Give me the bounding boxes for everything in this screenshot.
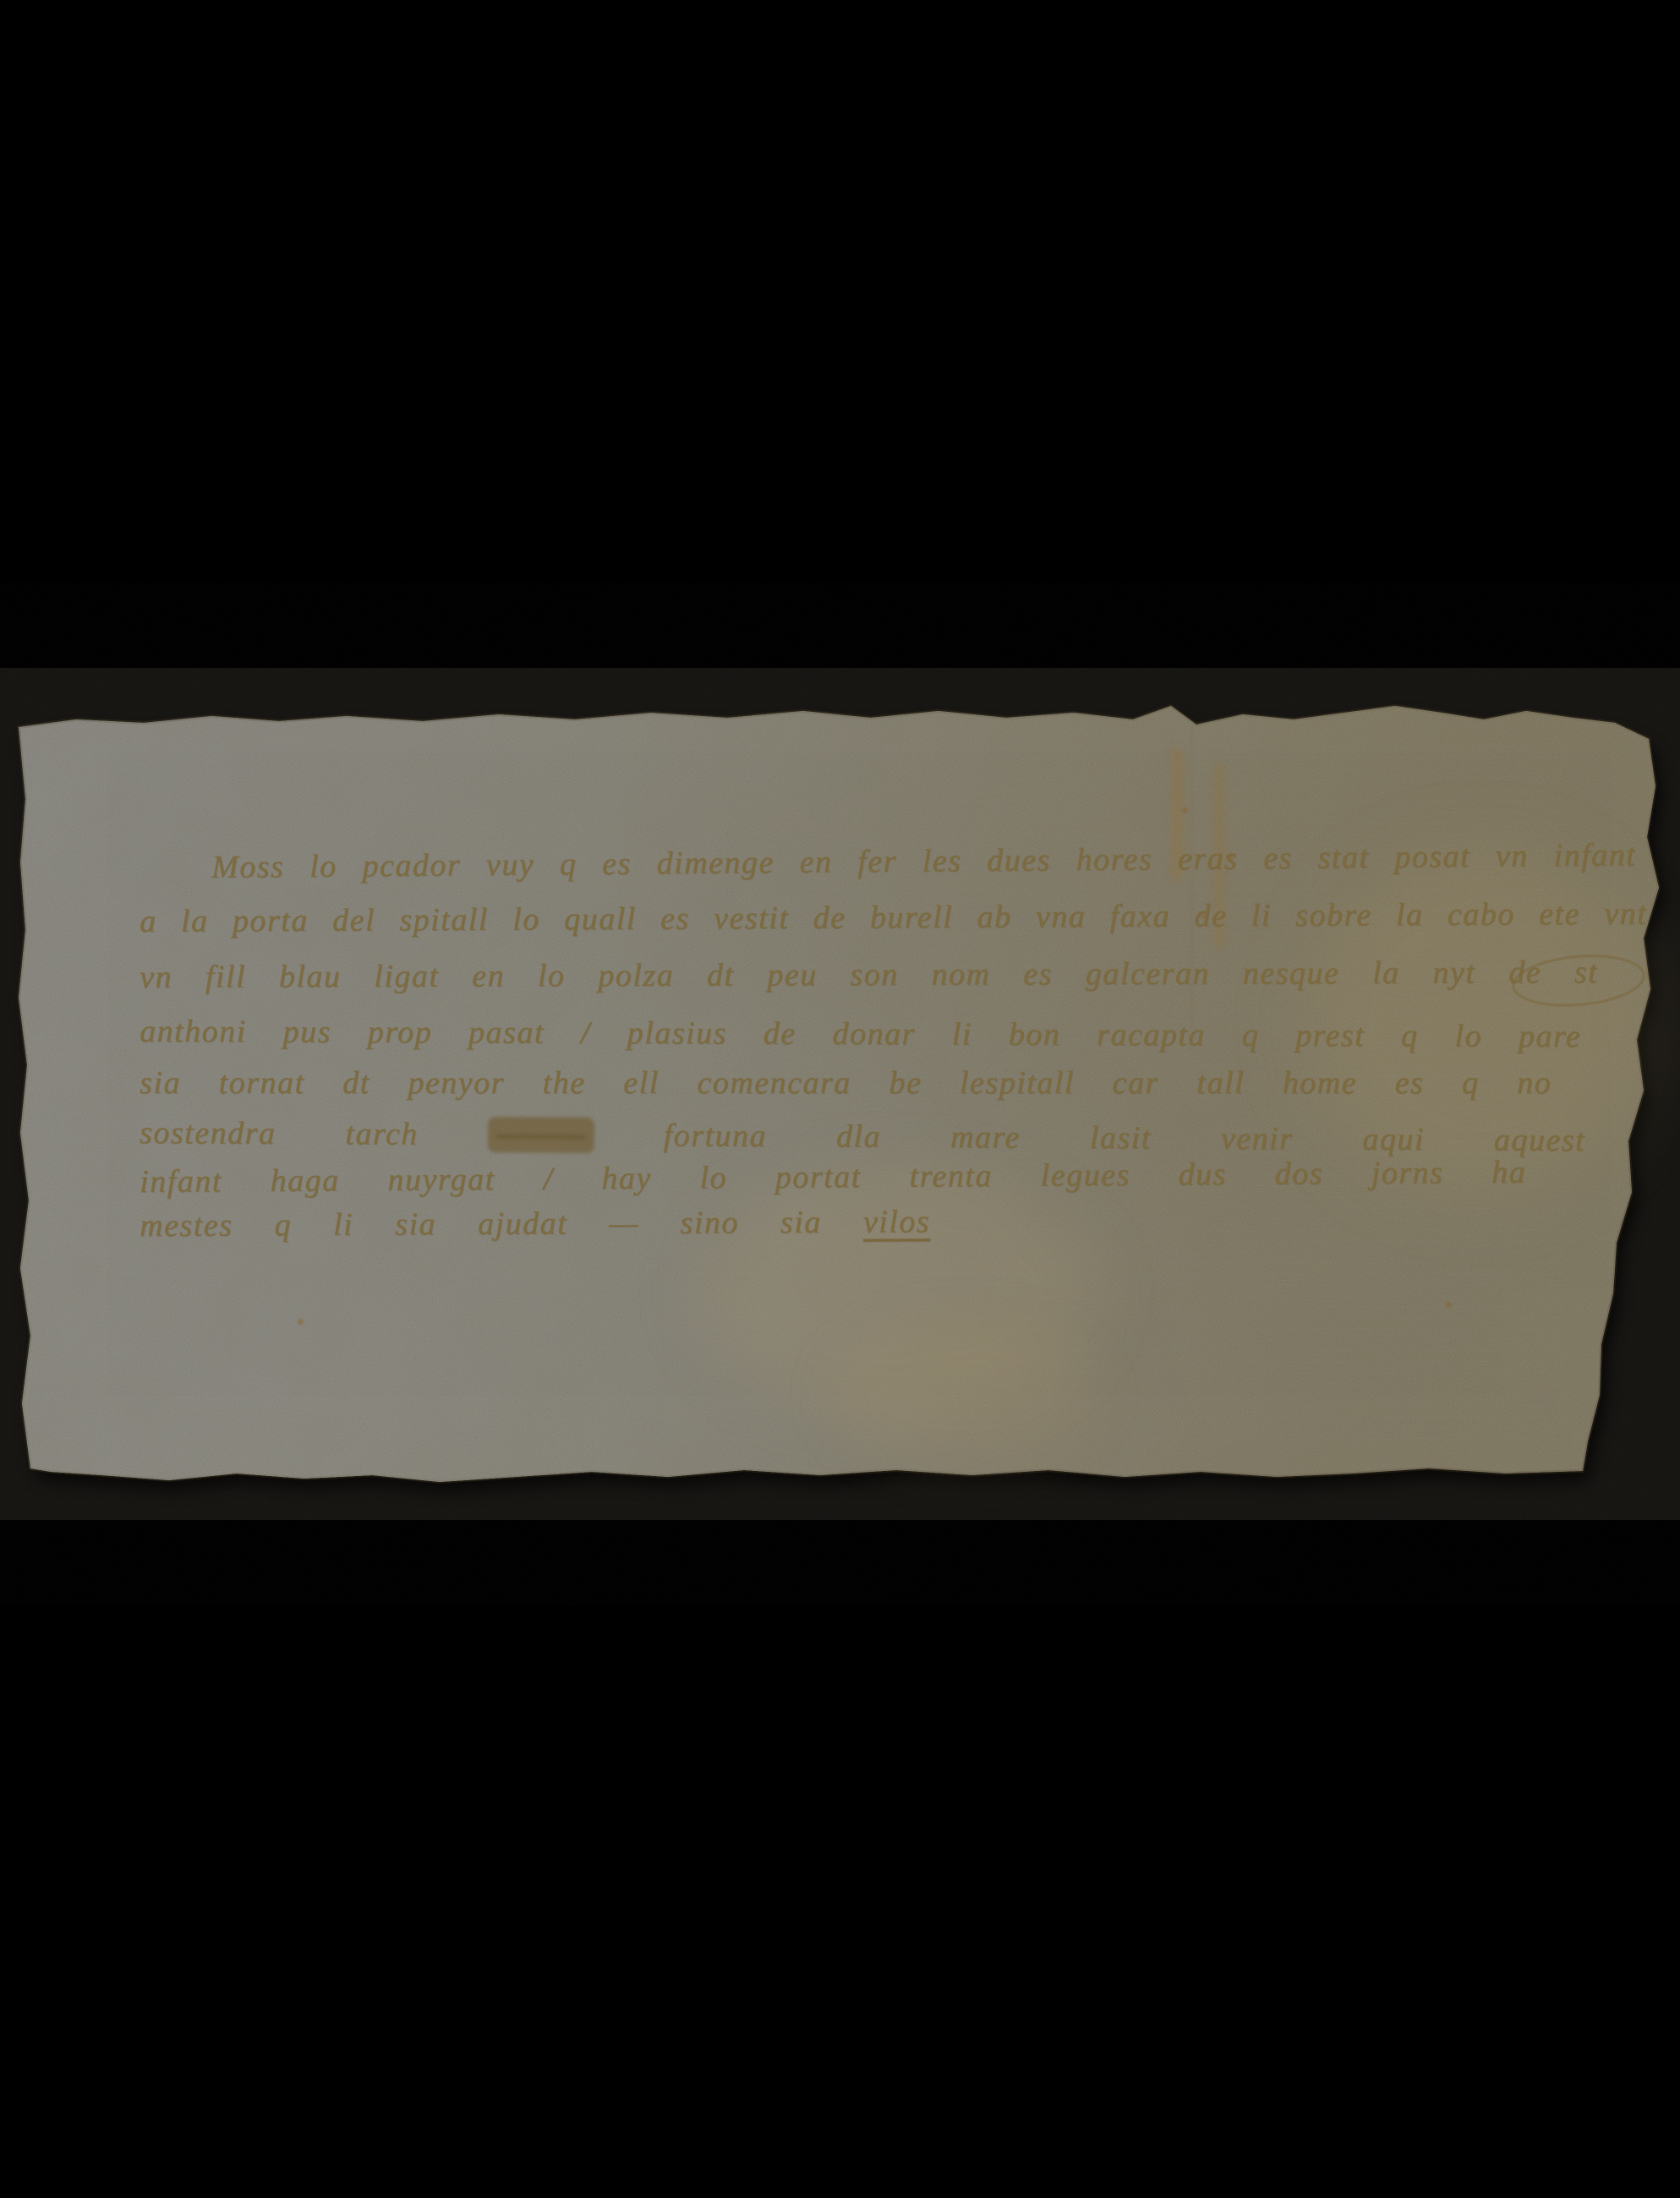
line-text: mestes q li sia ajudat — sino sia — [140, 1205, 822, 1244]
crossed-out-word: ——— — [488, 1117, 594, 1153]
manuscript-line-8: mestes q li sia ajudat — sino sia vilos — [140, 1196, 930, 1251]
line-text: infant haga nuyrgat / hay lo portat tren… — [140, 1155, 1526, 1200]
line-text: anthoni pus prop pasat / plasius de dona… — [140, 1014, 1581, 1054]
manuscript-line-5: sia tornat dt penyor the ell comencara b… — [140, 1058, 1551, 1108]
line-text: vn fill blau ligat en lo polza dt peu so… — [140, 954, 1598, 995]
underlined-word: vilos — [863, 1204, 931, 1239]
manuscript-line-2: a la porta del spitall lo quall es vesti… — [140, 888, 1647, 947]
scan-canvas: Moss lo pcador vuy q es dimenge en fer l… — [0, 0, 1680, 2198]
line-text: sia tornat dt penyor the ell comencara b… — [140, 1065, 1551, 1101]
line-text: Moss lo pcador vuy q es dimenge en fer l… — [211, 837, 1636, 885]
manuscript-line-4: anthoni pus prop pasat / plasius de dona… — [140, 1006, 1581, 1062]
line-text: sostendra tarch — [140, 1115, 419, 1152]
manuscript-line-3: vn fill blau ligat en lo polza dt peu so… — [140, 947, 1598, 1003]
line-text: a la porta del spitall lo quall es vesti… — [140, 896, 1647, 939]
